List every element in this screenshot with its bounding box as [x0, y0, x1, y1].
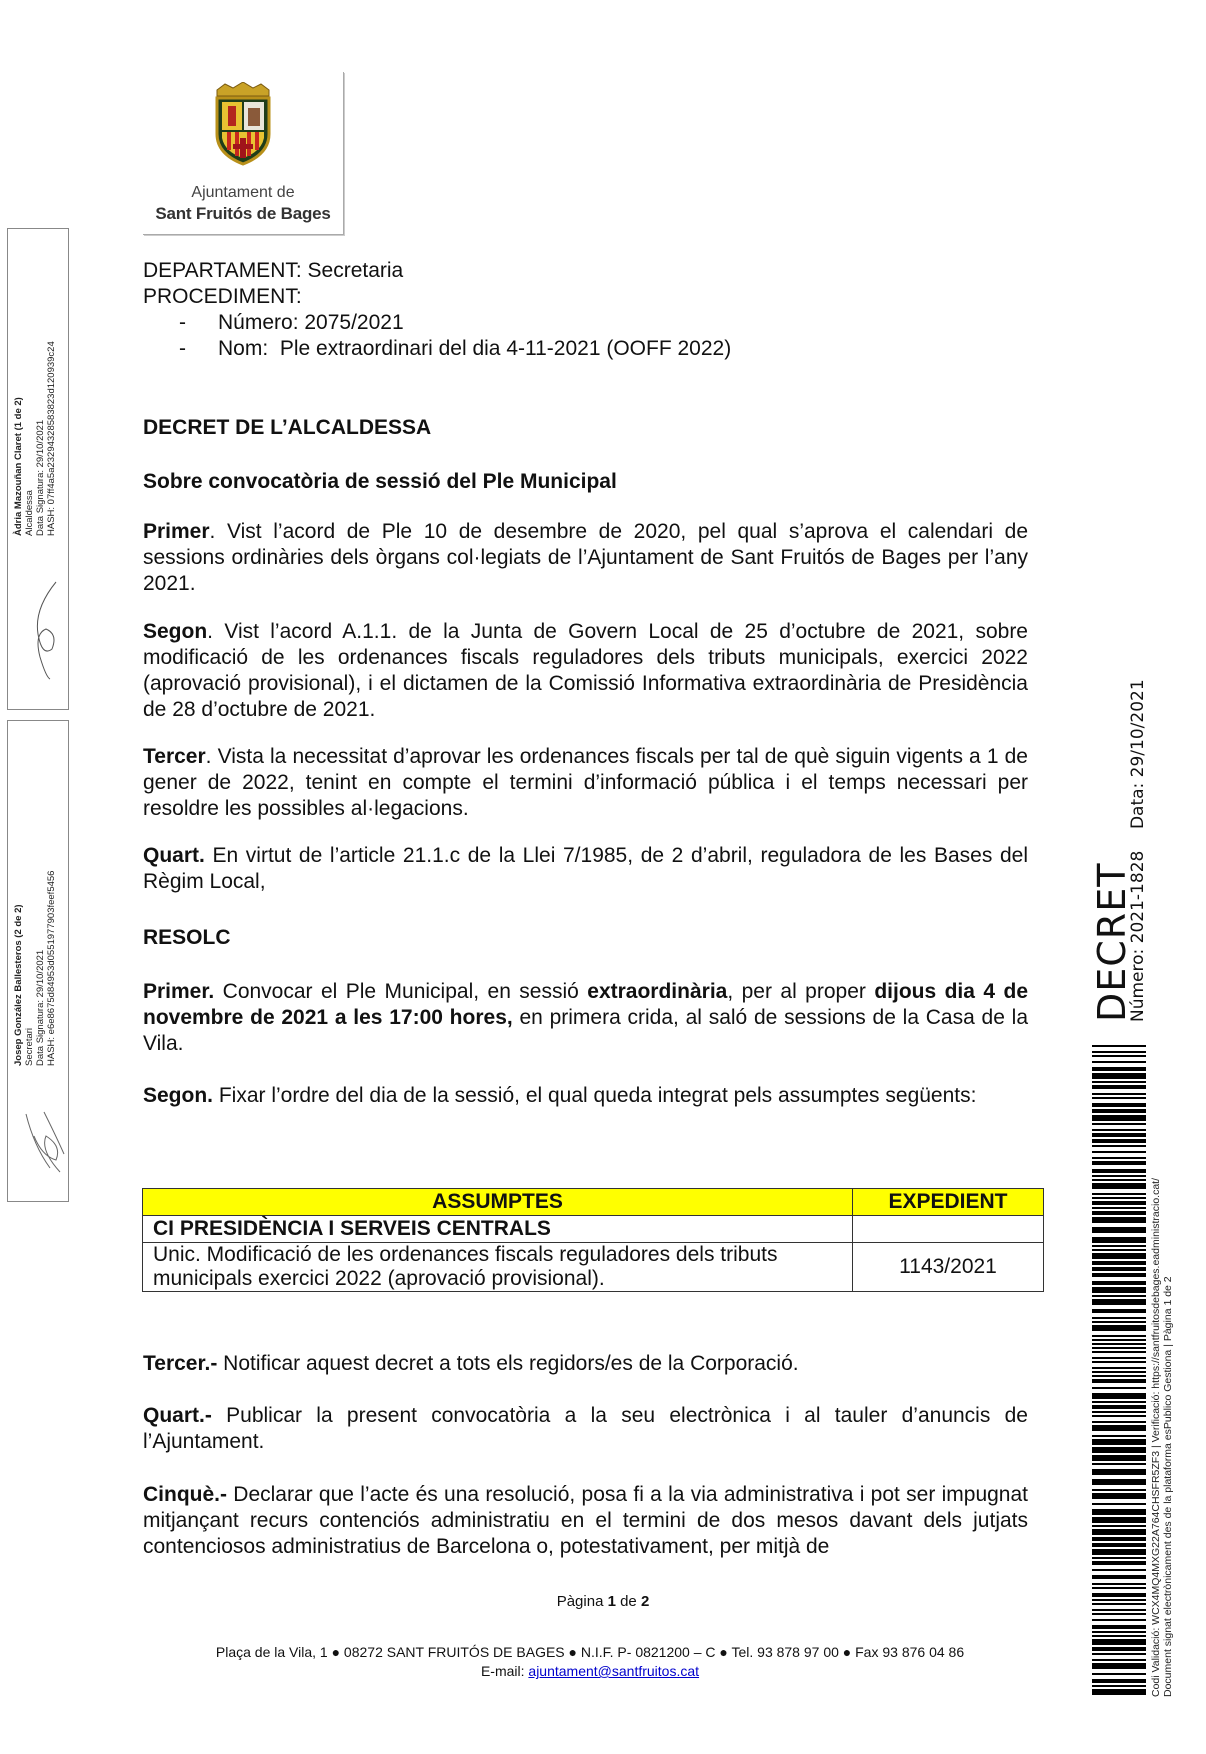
procedure-number: -Número: 2075/2021 — [143, 310, 404, 336]
section-title: CI PRESIDÈNCIA I SERVEIS CENTRALS — [143, 1216, 853, 1243]
side-decret-meta: Número: 2021-1828 Data: 29/10/2021 — [1128, 679, 1148, 1022]
signer-name: Àdria Mazouñan Claret (1 de 2) — [13, 341, 24, 536]
agenda-table-header: ASSUMPTES EXPEDIENT — [143, 1189, 1044, 1216]
decree-number: Número: 2021-1828 — [1128, 851, 1148, 1022]
handwritten-signature-icon — [26, 579, 60, 684]
decree-date: Data: 29/10/2021 — [1128, 679, 1148, 829]
decree-subtitle: Sobre convocatòria de sessió del Ple Mun… — [143, 469, 617, 495]
footer-address: Plaça de la Vila, 1 ● 08272 SANT FRUITÓS… — [170, 1643, 1010, 1681]
signature-box-2: Josep González Ballesteros (2 de 2) Secr… — [7, 720, 69, 1202]
coat-of-arms-icon — [211, 82, 275, 166]
signer-role: Alcaldessa — [24, 341, 35, 536]
agenda-table: ASSUMPTES EXPEDIENT CI PRESIDÈNCIA I SER… — [142, 1188, 1044, 1292]
signature-date: Data Signatura: 29/10/2021 — [35, 341, 46, 536]
signature-date: Data Signatura: 29/10/2021 — [35, 871, 46, 1066]
resolution-segon: Segon. Fixar l’ordre del dia de la sessi… — [143, 1083, 1028, 1109]
page-number: Pàgina 1 de 2 — [0, 1593, 1206, 1610]
resolution-cinque: Cinquè.- Declarar que l’acte és una reso… — [143, 1482, 1028, 1560]
agenda-section-row: CI PRESIDÈNCIA I SERVEIS CENTRALS — [143, 1216, 1044, 1243]
consideration-segon: Segon. Vist l’acord A.1.1. de la Junta d… — [143, 619, 1028, 723]
resolc-heading: RESOLC — [143, 925, 231, 951]
header-assumptes: ASSUMPTES — [143, 1189, 853, 1216]
signature-box-1: Àdria Mazouñan Claret (1 de 2) Alcaldess… — [7, 228, 69, 710]
signer-role: Secretari — [24, 871, 35, 1066]
validation-text: Codi Validació: WCX4MQ4MXG22A764CHSFR5ZF… — [1150, 1178, 1174, 1697]
signature-platform-note: Document signat electrònicament des de l… — [1162, 1178, 1174, 1697]
validation-code: Codi Validació: WCX4MQ4MXG22A764CHSFR5ZF… — [1150, 1178, 1162, 1697]
procedure-name: -Nom: Ple extraordinari del dia 4-11-202… — [143, 336, 731, 362]
resolution-primer: Primer. Convocar el Ple Municipal, en se… — [143, 979, 1028, 1057]
consideration-quart: Quart. En virtut de l’article 21.1.c de … — [143, 843, 1028, 895]
signature-info-2: Josep González Ballesteros (2 de 2) Secr… — [13, 871, 57, 1066]
handwritten-signature-icon — [20, 1106, 68, 1181]
logo-line-1: Ajuntament de — [143, 184, 343, 202]
signature-hash: HASH: e6e8675d84953d0551977903feef5456 — [46, 871, 57, 1066]
email-link[interactable]: ajuntament@santfruitos.cat — [528, 1663, 699, 1679]
assumpte-cell: Unic. Modificació de les ordenances fisc… — [143, 1243, 853, 1292]
table-row: Unic. Modificació de les ordenances fisc… — [143, 1243, 1044, 1292]
signature-hash: HASH: 07ff4a5a23294328583823d120939c24 — [46, 341, 57, 536]
header-expedient: EXPEDIENT — [853, 1189, 1044, 1216]
expedient-cell: 1143/2021 — [853, 1243, 1044, 1292]
signature-info-1: Àdria Mazouñan Claret (1 de 2) Alcaldess… — [13, 341, 57, 536]
consideration-primer: Primer. Vist l’acord de Ple 10 de desemb… — [143, 519, 1028, 597]
municipal-logo: Ajuntament de Sant Fruitós de Bages — [143, 72, 344, 235]
address-line: Plaça de la Vila, 1 ● 08272 SANT FRUITÓS… — [170, 1643, 1010, 1662]
decree-title: DECRET DE L’ALCALDESSA — [143, 415, 431, 441]
resolution-tercer: Tercer.- Notificar aquest decret a tots … — [143, 1351, 1028, 1377]
resolution-quart: Quart.- Publicar la present convocatòria… — [143, 1403, 1028, 1455]
logo-line-2: Sant Fruitós de Bages — [143, 204, 343, 224]
procedure-label: PROCEDIMENT: — [143, 284, 302, 310]
consideration-tercer: Tercer. Vista la necessitat d’aprovar le… — [143, 744, 1028, 822]
signer-name: Josep González Ballesteros (2 de 2) — [13, 871, 24, 1066]
department-line: DEPARTAMENT: Secretaria — [143, 258, 403, 284]
email-line: E-mail: ajuntament@santfruitos.cat — [170, 1662, 1010, 1681]
